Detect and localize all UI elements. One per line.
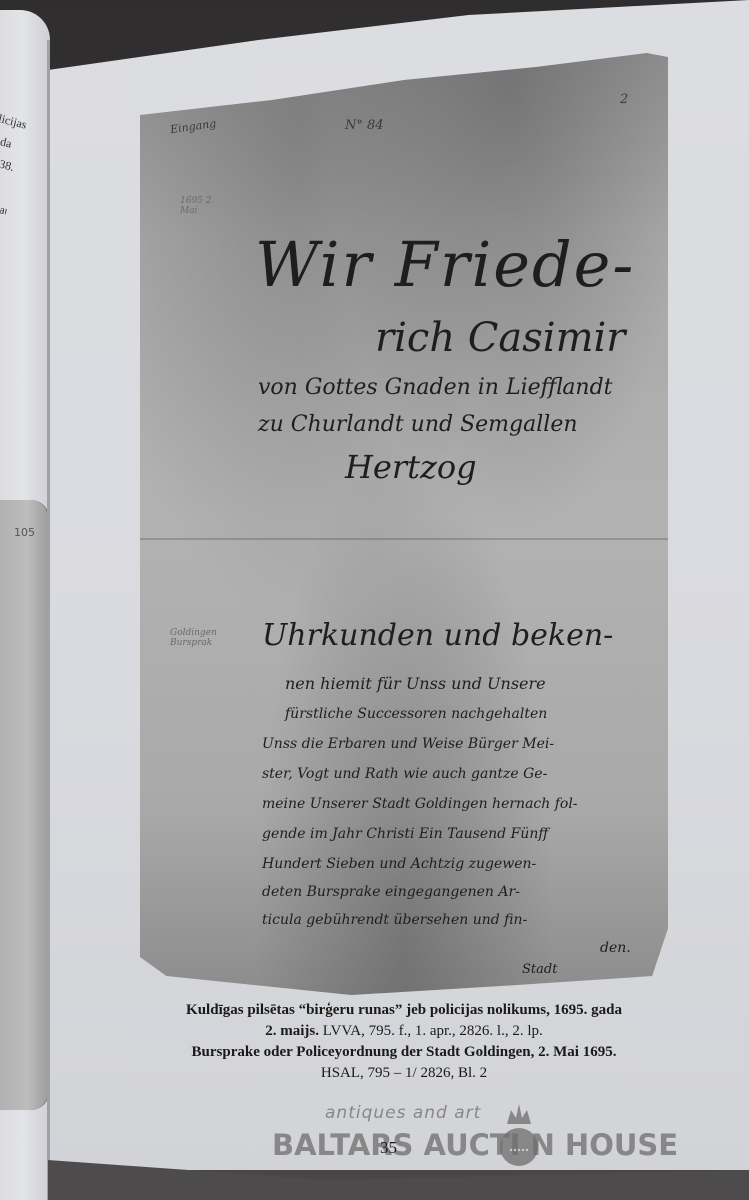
margin-note: Goldingen Bursprak [170,628,230,648]
crown-coin-icon [499,1102,539,1172]
left-page-footnote: policijas 6. gada VA, 4038. f., 389. lp.… [0,102,30,264]
caption-line-1: Kuldīgas pilsētas “birģeru runas” jeb po… [186,1002,622,1018]
body-line: Hundert Sieben und Achtzig zugewen- [262,856,536,872]
left-page-photo: 105 [0,500,49,1110]
watermark-brand: BALTARS AUCTI N HOUSE [272,1128,678,1162]
note-number: N° 84 [345,118,384,133]
margin-date: 1695 2. Mai [180,196,220,216]
watermark-tagline: antiques and art [325,1103,481,1123]
body-line: gende im Jahr Christi Ein Tausend Fünff [262,826,548,842]
manuscript-line-5: Hertzog [345,448,477,486]
caption-line-2-bold: 2. maijs. [265,1023,319,1039]
body-line: deten Bursprake eingegangenen Ar- [262,884,520,900]
figure-caption: Kuldīgas pilsētas “birģeru runas” jeb po… [140,1000,668,1084]
manuscript-fold [140,538,668,540]
caption-line-4: HSAL, 795 – 1/ 2826, Bl. 2 [321,1065,487,1081]
photo-mark: 105 [14,526,35,539]
body-line: nen hiemit für Unss und Unsere [285,674,546,693]
manuscript-line-4: zu Churlandt und Semgallen [258,412,578,437]
caption-line-2: LVVA, 795. f., 1. apr., 2826. l., 2. lp. [323,1023,543,1039]
body-line: fürstliche Successoren nachgehalten [285,706,547,722]
manuscript-image [140,45,668,995]
body-line: meine Unserer Stadt Goldingen hernach fo… [262,796,578,812]
body-line: den. [600,940,631,956]
page-folio: 2 [620,92,628,107]
body-line: ticula gebührendt übersehen und fin- [262,912,527,928]
manuscript-line-3: von Gottes Gnaden in Liefflandt [258,375,613,400]
bottom-note: Stadt [522,962,557,977]
body-line: Unss die Erbaren und Weise Bürger Mei- [262,736,554,752]
page-number: 35 [380,1138,397,1158]
body-line: ster, Vogt und Rath wie auch gantze Ge- [262,766,547,782]
manuscript-heading: Uhrkunden und beken- [262,618,613,653]
manuscript-title-2: rich Casimir [375,315,625,361]
manuscript-title-1: Wir Friede- [255,228,635,301]
book-gutter [47,40,50,1200]
caption-line-3: Bursprake oder Policeyordnung der Stadt … [192,1044,617,1060]
